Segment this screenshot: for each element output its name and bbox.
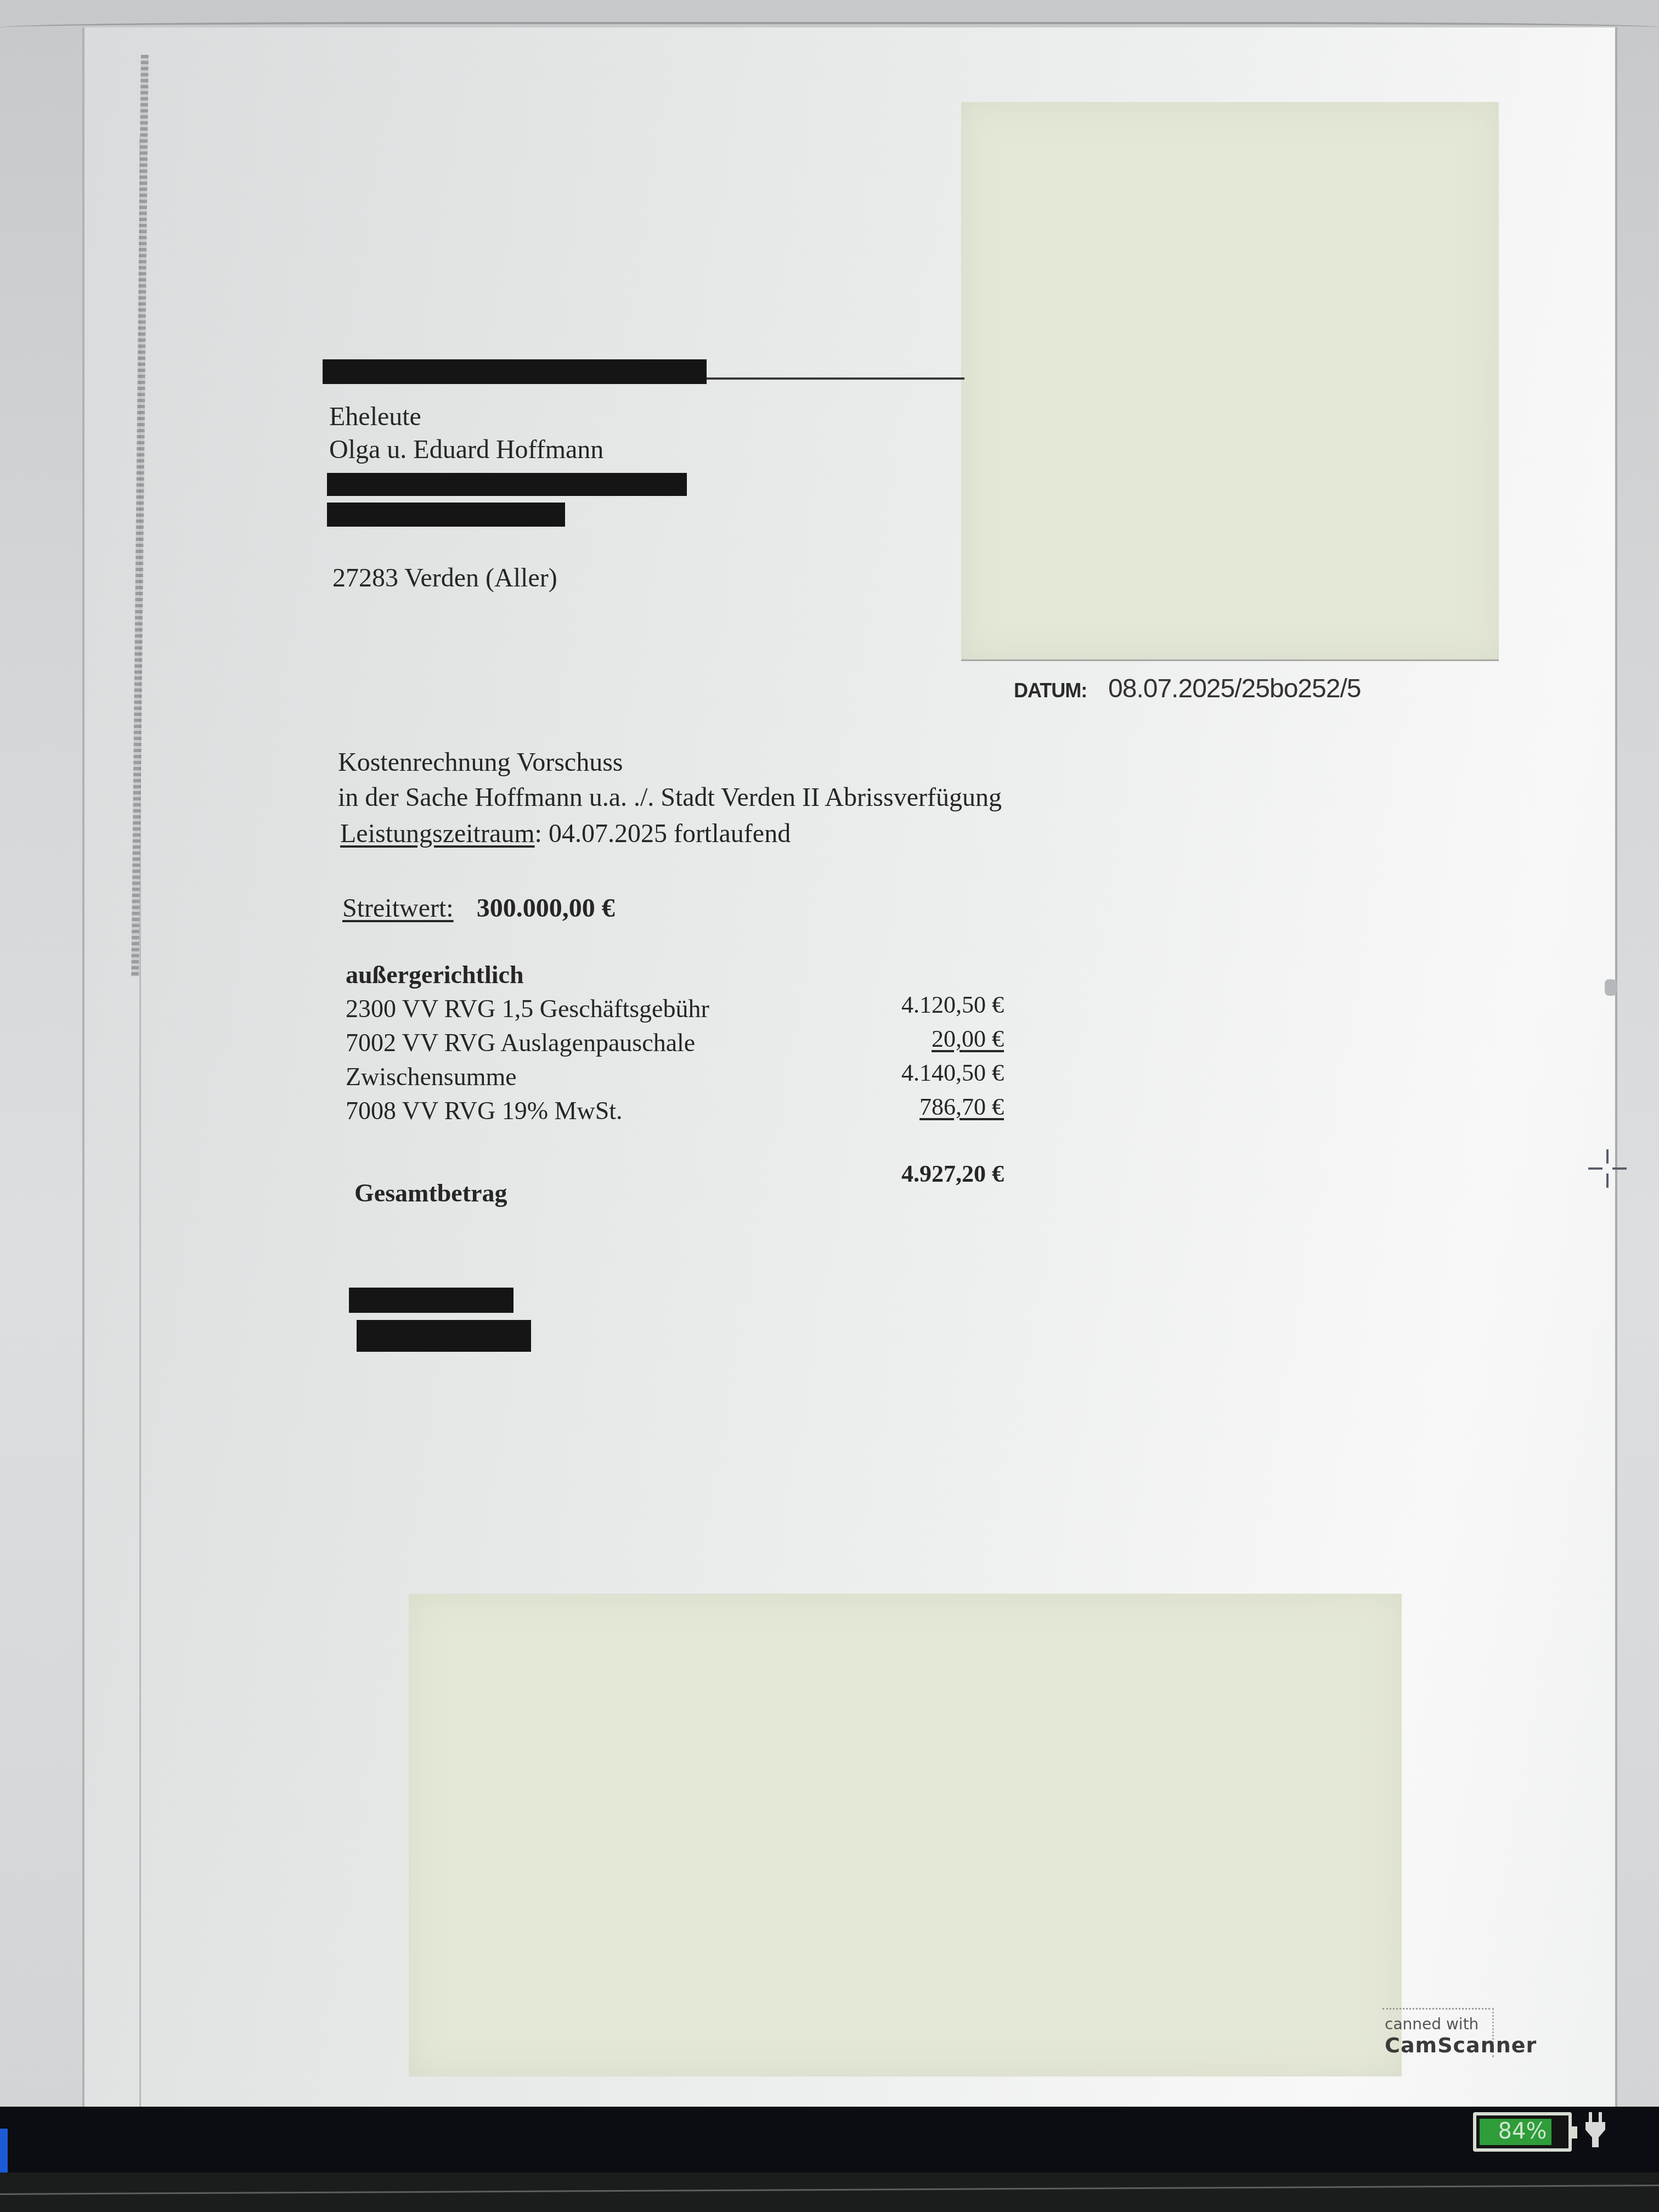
fee-total-label: Gesamtbetrag — [354, 1178, 507, 1207]
fee-total-row: Gesamtbetrag 4.927,20 € — [346, 1163, 1004, 1197]
streitwert: Streitwert: 300.000,00 € — [342, 891, 615, 926]
streitwert-value: 300.000,00 € — [477, 894, 615, 923]
sender-rule — [707, 377, 964, 380]
fee-amount: 20,00 € — [932, 1025, 1004, 1053]
screen-edge — [0, 22, 1659, 27]
battery-nub — [1572, 2126, 1577, 2138]
recipient-line1: Eheleute — [329, 399, 421, 435]
charging-plug-icon — [1584, 2111, 1606, 2149]
fee-label: Zwischensumme — [346, 1062, 517, 1091]
redacted-address-line — [327, 503, 565, 527]
service-period-value: : 04.07.2025 fortlaufend — [535, 819, 791, 848]
fee-amount: 4.140,50 € — [901, 1059, 1004, 1087]
fee-label: 7002 VV RVG Auslagenpauschale — [346, 1028, 695, 1057]
service-period-label: Leistungszeitraum — [340, 819, 535, 848]
fee-label: 7008 VV RVG 19% MwSt. — [346, 1096, 623, 1125]
fee-row: 7008 VV RVG 19% MwSt.786,70 € — [346, 1096, 1004, 1130]
redacted-signature-line2 — [357, 1320, 531, 1352]
battery-indicator[interactable]: 84% — [1473, 2112, 1572, 2152]
datum-value: 08.07.2025/25bo252/5 — [1108, 674, 1361, 704]
streitwert-label: Streitwert: — [342, 894, 454, 923]
fee-row: Zwischensumme4.140,50 € — [346, 1062, 1004, 1096]
watermark-line2: CamScanner — [1385, 2033, 1489, 2057]
fee-amount: 4.120,50 € — [901, 991, 1004, 1019]
service-period: Leistungszeitraum: 04.07.2025 fortlaufen… — [340, 816, 791, 851]
monitor-screen: Eheleute Olga u. Eduard Hoffmann 27283 V… — [0, 0, 1659, 2107]
fee-total-amount: 4.927,20 € — [901, 1160, 1004, 1188]
fee-amount: 786,70 € — [919, 1093, 1004, 1121]
redacted-sender-line — [323, 359, 707, 384]
subject-matter: in der Sache Hoffmann u.a. ./. Stadt Ver… — [338, 780, 1002, 815]
taskbar — [0, 2107, 1659, 2172]
redacted-signature-line1 — [349, 1288, 513, 1313]
camscanner-watermark: canned with CamScanner — [1383, 2008, 1494, 2057]
redacted-street — [327, 473, 687, 496]
fee-section-heading: außergerichtlich — [346, 960, 524, 989]
letterhead-placeholder — [961, 102, 1499, 661]
subject-title: Kostenrechnung Vorschuss — [338, 745, 623, 780]
crosshair-cursor-icon — [1588, 1149, 1627, 1188]
fee-row: 2300 VV RVG 1,5 Geschäftsgebühr4.120,50 … — [346, 994, 1004, 1028]
footer-placeholder — [409, 1594, 1402, 2076]
recipient-name: Olga u. Eduard Hoffmann — [329, 432, 603, 467]
fee-section-heading-row: außergerichtlich — [346, 960, 1004, 994]
fee-label: 2300 VV RVG 1,5 Geschäftsgebühr — [346, 994, 709, 1023]
fee-row: 7002 VV RVG Auslagenpauschale20,00 € — [346, 1028, 1004, 1062]
battery-percent: 84% — [1476, 2119, 1568, 2144]
fee-table: außergerichtlich 2300 VV RVG 1,5 Geschäf… — [346, 960, 1004, 1197]
screen-speck — [1605, 979, 1617, 996]
datum-label: DATUM: — [1014, 679, 1087, 702]
watermark-line1: canned with — [1385, 2015, 1489, 2033]
recipient-city: 27283 Verden (Aller) — [332, 561, 557, 596]
start-button-edge[interactable] — [0, 2129, 8, 2172]
